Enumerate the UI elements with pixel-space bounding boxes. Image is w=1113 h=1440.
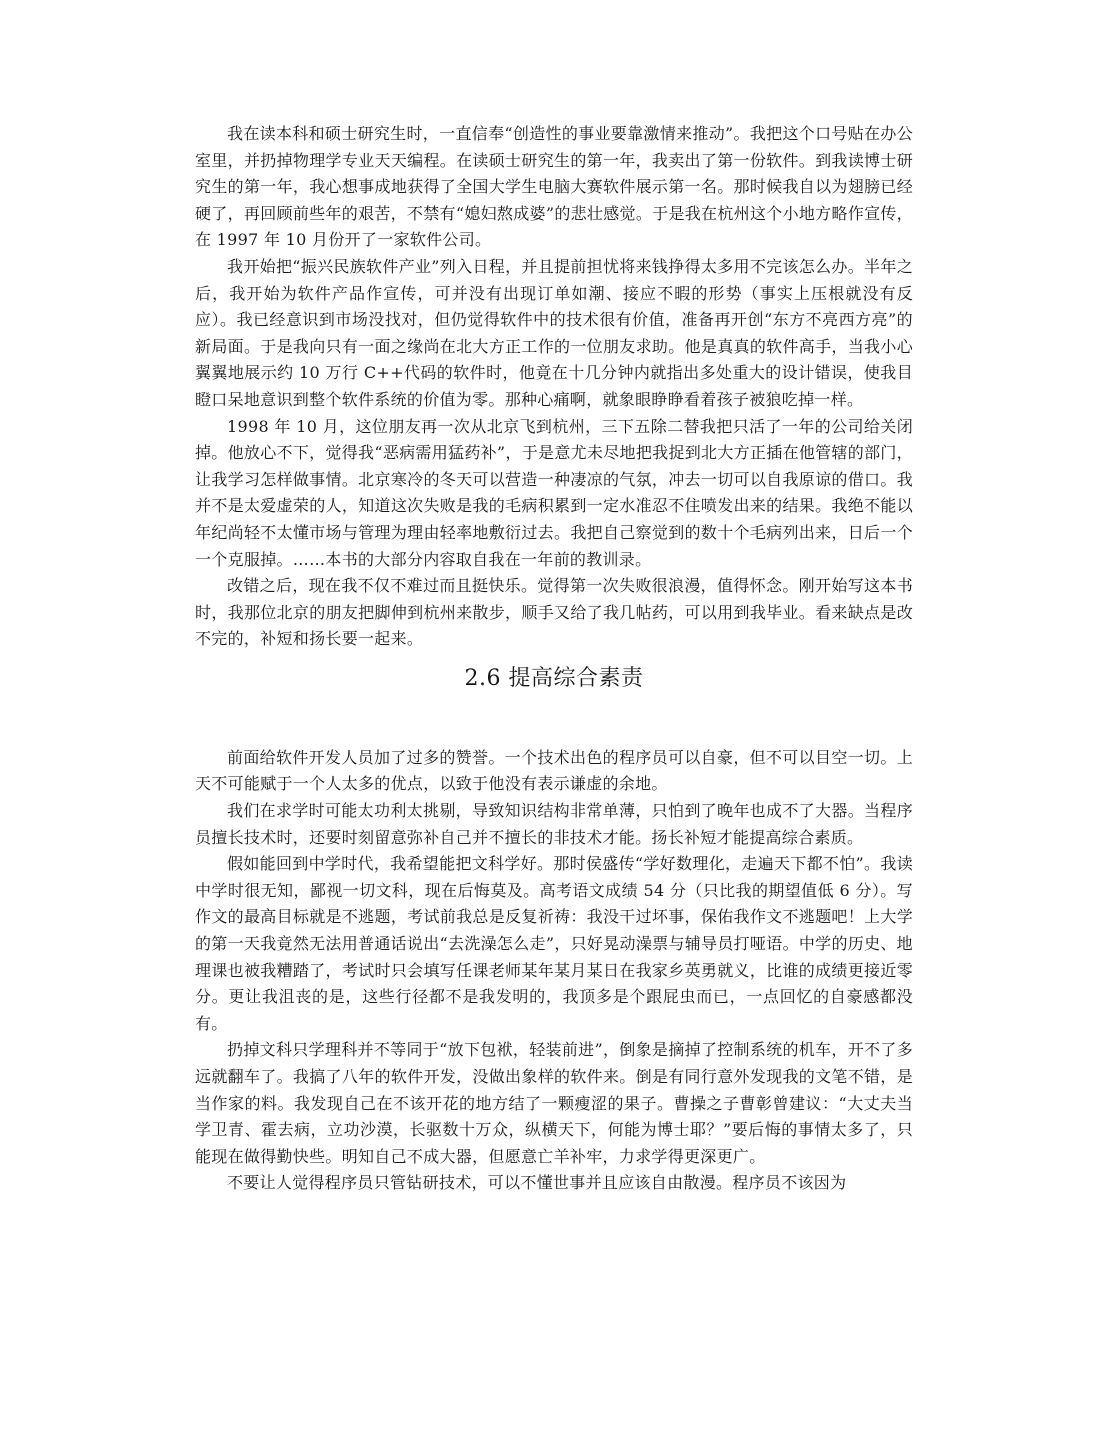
paragraph: 1998 年 10 月，这位朋友再一次从北京飞到杭州，三下五除二替我把只活了一年… xyxy=(195,414,913,574)
paragraph: 假如能回到中学时代，我希望能把文科学好。那时侯盛传“学好数理化，走遍天下都不怕”… xyxy=(195,851,913,1037)
document-page: 我在读本科和硕士研究生时，一直信奉“创造性的事业要靠激情来推动”。我把这个口号贴… xyxy=(195,121,913,1197)
paragraph: 改错之后，现在我不仅不难过而且挺快乐。觉得第一次失败很浪漫，值得怀念。刚开始写这… xyxy=(195,573,913,653)
paragraph: 我在读本科和硕士研究生时，一直信奉“创造性的事业要靠激情来推动”。我把这个口号贴… xyxy=(195,121,913,254)
section-heading: 2.6 提高综合素责 xyxy=(195,659,913,699)
paragraph: 我开始把“振兴民族软件产业”列入日程，并且提前担忧将来钱挣得太多用不完该怎么办。… xyxy=(195,254,913,414)
paragraph: 不要让人觉得程序员只管钻研技术，可以不懂世事并且应该自由散漫。程序员不该因为 xyxy=(195,1170,913,1197)
paragraph: 我们在求学时可能太功利太挑剔，导致知识结构非常单薄，只怕到了晚年也成不了大器。当… xyxy=(195,798,913,851)
paragraph: 扔掉文科只学理科并不等同于“放下包袱，轻装前进”，倒象是摘掉了控制系统的机车，开… xyxy=(195,1037,913,1170)
paragraph: 前面给软件开发人员加了过多的赞誉。一个技术出色的程序员可以自豪，但不可以目空一切… xyxy=(195,745,913,798)
